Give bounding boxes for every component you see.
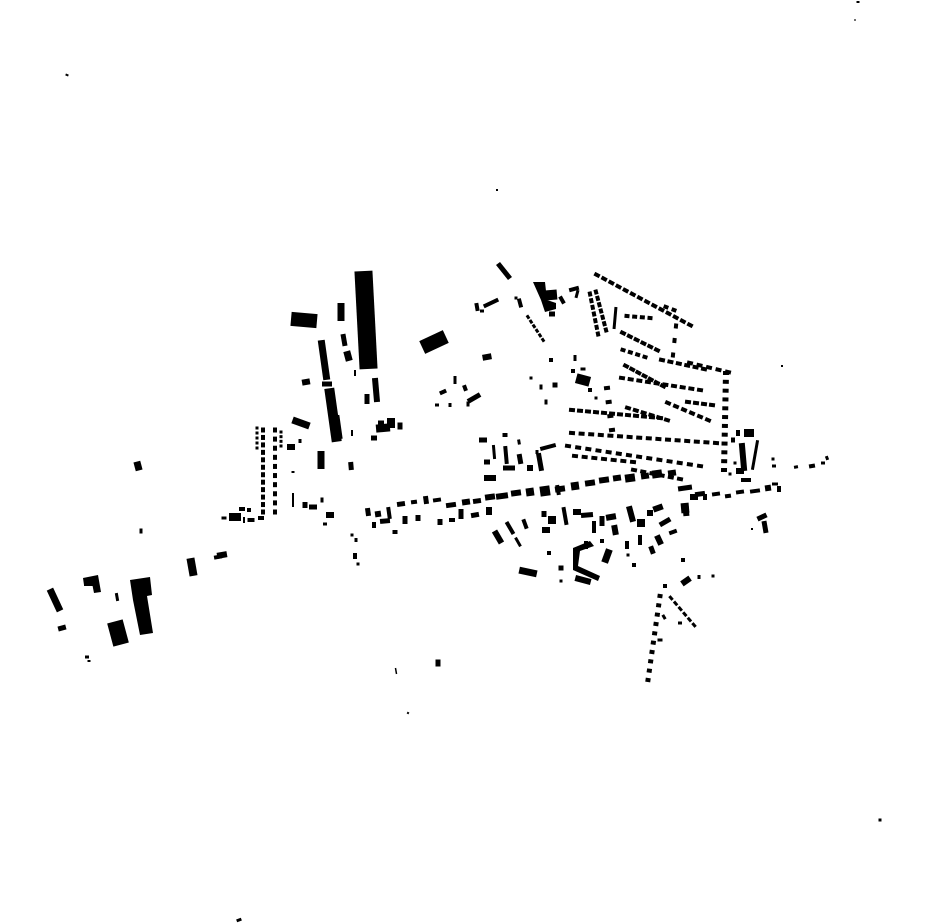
building [653, 622, 659, 627]
building [256, 447, 259, 450]
building [736, 468, 744, 474]
building [256, 442, 259, 445]
building [598, 433, 604, 437]
building [681, 558, 685, 562]
building [261, 480, 265, 485]
building [256, 437, 259, 440]
building [668, 469, 677, 476]
building [672, 338, 676, 343]
building [600, 539, 604, 543]
building [721, 468, 727, 472]
building [459, 509, 464, 519]
building [545, 289, 558, 300]
building [243, 517, 245, 523]
building [280, 435, 283, 438]
building [239, 507, 245, 511]
building [375, 511, 382, 518]
building [549, 312, 555, 317]
building [348, 462, 354, 470]
building [658, 639, 663, 642]
building [645, 678, 651, 683]
building [480, 310, 484, 313]
building [416, 515, 421, 521]
building [261, 442, 265, 447]
building [578, 431, 584, 435]
building [503, 466, 515, 471]
building [454, 376, 457, 384]
building [703, 494, 707, 500]
building [261, 435, 265, 440]
building [261, 450, 265, 455]
building [722, 406, 728, 410]
building [365, 394, 370, 404]
building [595, 397, 598, 400]
building [572, 454, 578, 459]
building [721, 459, 727, 463]
building [542, 511, 547, 517]
building [665, 437, 671, 441]
building [620, 459, 626, 464]
building [581, 368, 586, 371]
building [703, 440, 709, 444]
building [569, 431, 575, 435]
building [273, 473, 277, 478]
building [525, 487, 534, 496]
building [674, 323, 678, 328]
building [258, 516, 264, 520]
building [651, 640, 657, 645]
building [592, 521, 596, 533]
building [403, 516, 408, 524]
building [656, 603, 662, 608]
building [694, 439, 700, 443]
building [338, 303, 345, 321]
building [515, 297, 518, 300]
building [318, 451, 325, 469]
building [299, 439, 302, 443]
building [542, 527, 550, 533]
building [685, 400, 691, 405]
building [736, 430, 740, 436]
building [273, 428, 277, 433]
building [649, 650, 655, 655]
building [741, 478, 751, 482]
building [625, 413, 631, 418]
building [772, 465, 776, 468]
building [436, 660, 441, 667]
building [536, 450, 539, 454]
building [772, 483, 778, 486]
building [725, 494, 731, 499]
building [627, 554, 630, 557]
building [624, 314, 629, 318]
building [323, 523, 327, 526]
building [570, 481, 579, 490]
building [248, 518, 255, 522]
building [479, 438, 487, 443]
building [256, 427, 259, 430]
building [256, 432, 259, 435]
building [647, 316, 652, 320]
building [821, 462, 825, 465]
building [273, 437, 277, 442]
building [655, 437, 661, 441]
building [698, 575, 701, 579]
building [530, 377, 533, 380]
building [261, 502, 265, 507]
building [632, 314, 637, 318]
building [588, 388, 592, 392]
building [380, 518, 390, 524]
building [617, 434, 623, 438]
building [722, 441, 728, 445]
building [496, 189, 498, 191]
building [261, 510, 265, 515]
building [655, 612, 661, 617]
building [671, 352, 675, 357]
building [630, 460, 636, 465]
building [591, 456, 597, 461]
building [683, 506, 690, 516]
building [261, 457, 265, 462]
building [684, 439, 690, 443]
building [600, 516, 605, 526]
building [261, 472, 265, 477]
building [355, 538, 358, 542]
building [547, 551, 551, 555]
building [411, 500, 417, 505]
building [273, 510, 277, 515]
building [588, 432, 594, 436]
building [610, 458, 616, 463]
building [140, 529, 143, 534]
building [449, 518, 455, 522]
building [751, 528, 753, 530]
building [617, 412, 623, 417]
building [486, 507, 492, 515]
building [701, 402, 707, 407]
building [637, 519, 645, 527]
building [772, 458, 775, 461]
building [560, 580, 563, 583]
building [88, 660, 91, 662]
building [722, 397, 728, 401]
building [321, 498, 324, 503]
building [577, 408, 583, 413]
building-footprints-layer [0, 0, 930, 924]
building [652, 631, 658, 636]
building [723, 380, 729, 384]
building [729, 473, 732, 476]
building [287, 444, 295, 450]
building [548, 516, 556, 524]
building [503, 433, 508, 437]
building [601, 457, 607, 462]
building [527, 465, 533, 471]
building [261, 487, 265, 492]
building [574, 355, 577, 361]
building [613, 474, 622, 481]
building [657, 594, 663, 599]
building [734, 462, 737, 465]
building [484, 460, 490, 465]
building [744, 429, 754, 437]
building [326, 512, 334, 518]
building [626, 435, 632, 439]
building [781, 365, 783, 367]
building [539, 485, 550, 496]
building [647, 510, 653, 516]
building [649, 415, 655, 420]
building [372, 522, 376, 528]
building [273, 464, 277, 469]
building [690, 494, 698, 500]
building [625, 541, 629, 549]
building [723, 389, 729, 393]
building [273, 482, 277, 487]
building [636, 435, 642, 439]
building [357, 563, 360, 566]
building [549, 358, 553, 362]
building [292, 471, 295, 473]
building [641, 472, 650, 479]
building [723, 371, 729, 375]
building [674, 438, 680, 442]
building [273, 500, 277, 505]
building [584, 541, 588, 549]
building [540, 385, 543, 390]
building [712, 575, 715, 578]
building [290, 312, 317, 328]
building [693, 401, 699, 406]
building [438, 519, 443, 525]
building [638, 535, 642, 545]
building [605, 400, 611, 405]
building [449, 403, 452, 407]
building [713, 441, 719, 445]
building [484, 475, 496, 481]
building [387, 418, 395, 428]
building [467, 402, 470, 407]
building [351, 534, 354, 537]
building [722, 424, 728, 428]
building [559, 566, 564, 571]
building [640, 315, 645, 319]
building [722, 415, 728, 419]
building [609, 411, 615, 416]
building [765, 485, 772, 492]
building [624, 473, 635, 482]
building [371, 436, 377, 441]
building [585, 409, 591, 414]
building [273, 455, 277, 460]
building [261, 495, 265, 500]
building [545, 400, 548, 405]
building [261, 465, 265, 470]
building [273, 491, 277, 496]
building [273, 446, 277, 451]
building [657, 416, 663, 421]
building [435, 404, 439, 407]
building [678, 622, 682, 625]
building [641, 414, 647, 419]
figure-ground-map [0, 0, 930, 924]
building [632, 563, 636, 567]
building [354, 370, 356, 376]
building [292, 493, 294, 507]
building [398, 423, 403, 430]
building [731, 438, 735, 443]
building [879, 819, 882, 822]
building [309, 505, 317, 510]
building [573, 509, 581, 515]
building [593, 410, 599, 415]
building [247, 508, 251, 512]
building [581, 455, 587, 460]
building [85, 656, 89, 659]
building [646, 436, 652, 440]
building [604, 386, 610, 391]
building [393, 530, 398, 534]
building [229, 513, 241, 521]
building [609, 428, 615, 433]
building [261, 428, 265, 433]
building [353, 553, 357, 559]
building [721, 450, 727, 454]
building [648, 659, 654, 664]
building [571, 369, 575, 373]
building [553, 383, 558, 388]
building [222, 517, 227, 520]
building [280, 445, 283, 448]
building [663, 584, 667, 588]
building [633, 414, 639, 419]
building [322, 382, 332, 387]
building [303, 502, 308, 508]
building [651, 469, 662, 478]
building [722, 433, 728, 437]
building [607, 433, 613, 437]
building [462, 498, 471, 505]
building [280, 431, 283, 434]
building [709, 403, 715, 408]
building [601, 411, 607, 416]
building [647, 668, 653, 673]
building [569, 408, 575, 413]
building [854, 19, 856, 21]
building [581, 512, 593, 518]
building [280, 440, 283, 443]
building [777, 486, 781, 492]
building [351, 430, 353, 436]
building [857, 1, 860, 3]
